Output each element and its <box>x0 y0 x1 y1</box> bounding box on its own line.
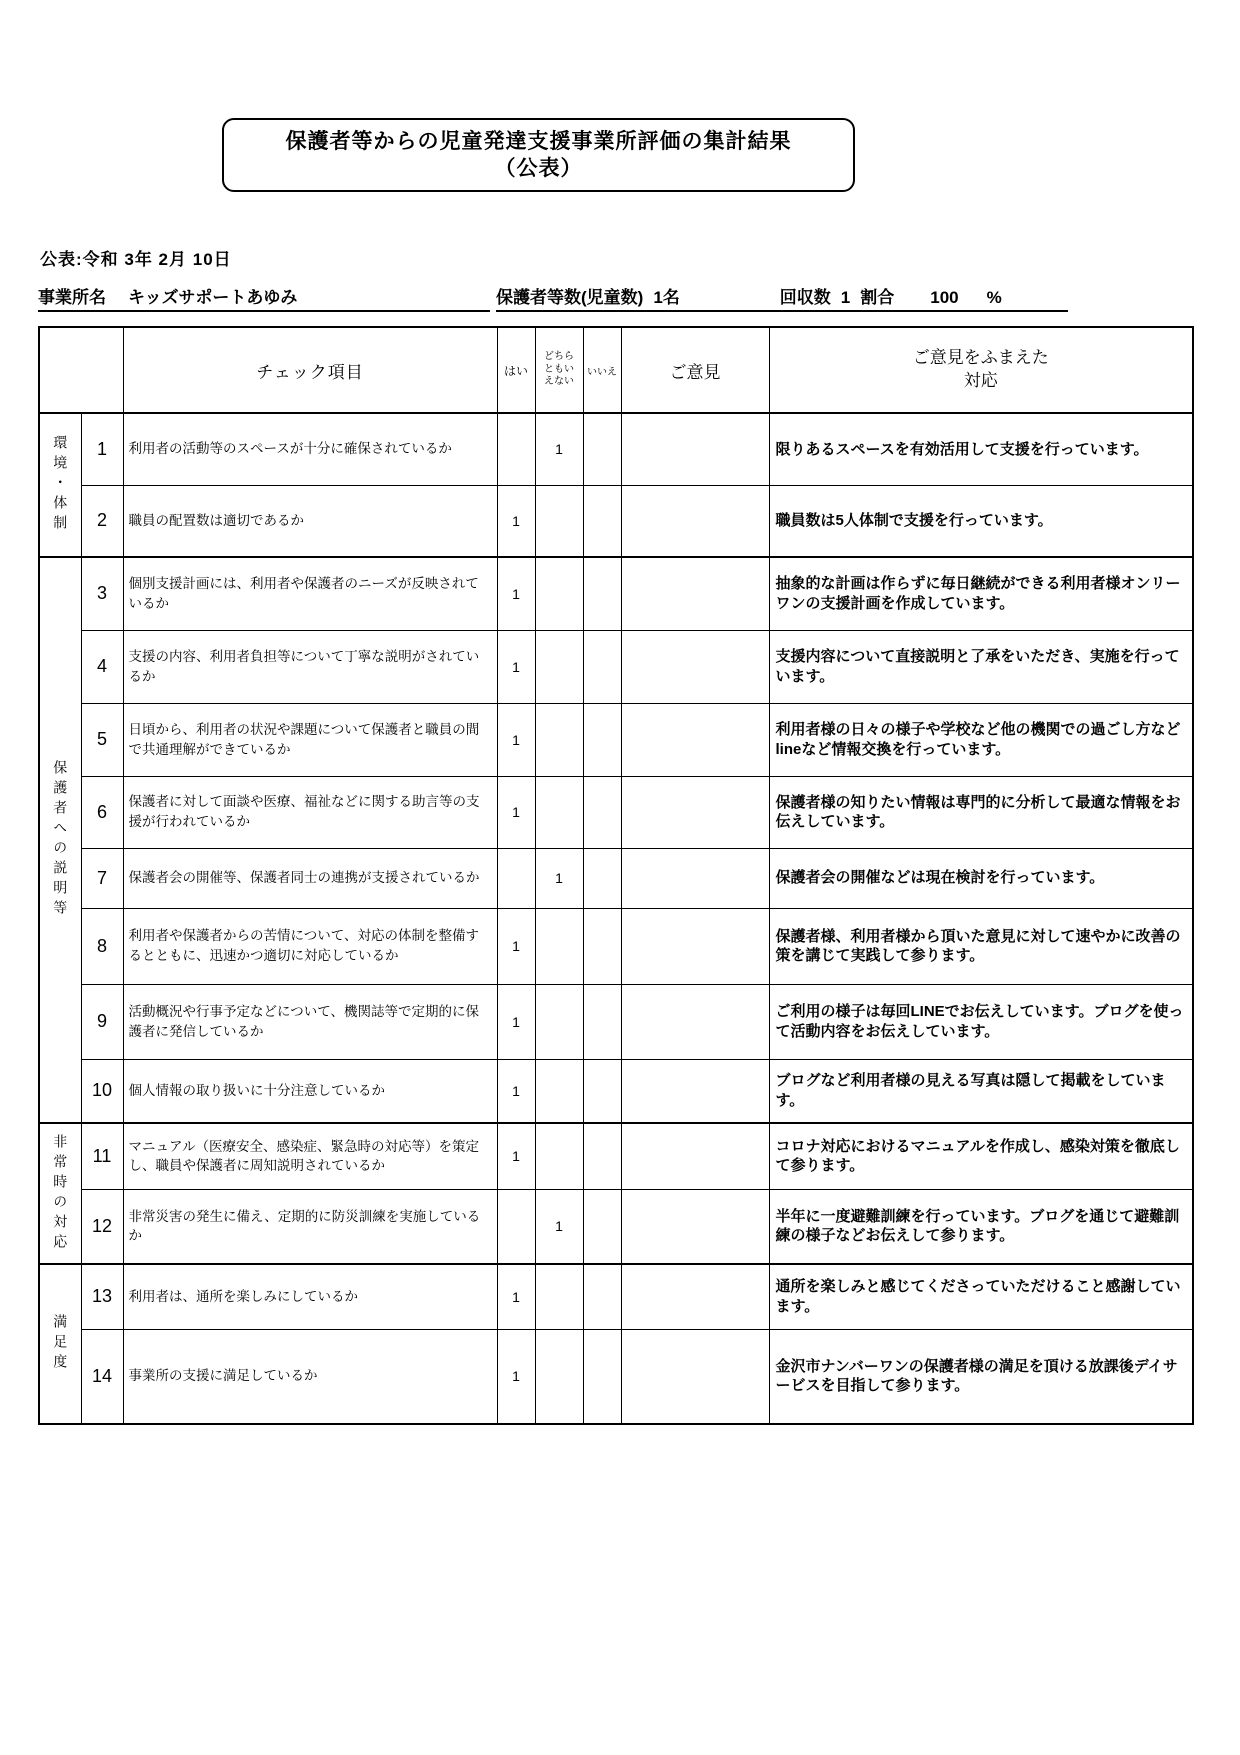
response-text: 保護者様、利用者様から頂いた意見に対して速やかに改善の策を講じて実践して参ります… <box>769 908 1193 984</box>
question-text: 利用者は、通所を楽しみにしているか <box>123 1264 497 1329</box>
answer-neutral <box>535 1059 583 1123</box>
office-name-label: 事業所名 <box>38 283 106 308</box>
opinion-cell <box>621 1329 769 1424</box>
response-text: 半年に一度避難訓練を行っています。ブログを通じて避難訓練の様子などお伝えして参り… <box>769 1189 1193 1264</box>
evaluation-table: チェック項目 はい どちら ともい えない いいえ ご意見 ご意見をふまえた 対… <box>38 326 1194 1425</box>
question-text: 保護者会の開催等、保護者同士の連携が支援されているか <box>123 848 497 908</box>
collected-value: 1 <box>841 288 850 308</box>
table-row: 4支援の内容、利用者負担等について丁寧な説明がされているか1支援内容について直接… <box>39 630 1193 703</box>
opinion-cell <box>621 848 769 908</box>
answer-no <box>583 776 621 848</box>
answer-yes <box>497 1189 535 1264</box>
opinion-cell <box>621 703 769 776</box>
answer-no <box>583 908 621 984</box>
header-check-item: チェック項目 <box>123 327 497 413</box>
answer-no <box>583 630 621 703</box>
answer-yes: 1 <box>497 908 535 984</box>
question-text: 支援の内容、利用者負担等について丁寧な説明がされているか <box>123 630 497 703</box>
opinion-cell <box>621 413 769 485</box>
row-number: 14 <box>81 1329 123 1424</box>
title-box: 保護者等からの児童発達支援事業所評価の集計結果 （公表） <box>222 118 855 192</box>
category-label: 非常時の対応 <box>39 1123 81 1264</box>
answer-no <box>583 848 621 908</box>
response-text: ブログなど利用者様の見える写真は隠して掲載をしています。 <box>769 1059 1193 1123</box>
question-text: 非常災害の発生に備え、定期的に防災訓練を実施しているか <box>123 1189 497 1264</box>
answer-neutral <box>535 1123 583 1189</box>
rate-label: 割合 <box>860 283 894 308</box>
table-row: 2職員の配置数は適切であるか1職員数は5人体制で支援を行っています。 <box>39 485 1193 557</box>
row-number: 5 <box>81 703 123 776</box>
opinion-cell <box>621 1123 769 1189</box>
question-text: 保護者に対して面談や医療、福祉などに関する助言等の支援が行われているか <box>123 776 497 848</box>
category-group: 環境・体制1利用者の活動等のスペースが十分に確保されているか1限りあるスペースを… <box>39 413 1193 557</box>
answer-neutral: 1 <box>535 413 583 485</box>
table-row: 6保護者に対して面談や医療、福祉などに関する助言等の支援が行われているか1保護者… <box>39 776 1193 848</box>
table-row: 環境・体制1利用者の活動等のスペースが十分に確保されているか1限りあるスペースを… <box>39 413 1193 485</box>
answer-no <box>583 557 621 630</box>
opinion-cell <box>621 984 769 1059</box>
answer-no <box>583 1189 621 1264</box>
category-label: 環境・体制 <box>39 413 81 557</box>
category-label: 満足度 <box>39 1264 81 1424</box>
guardians-value: 1名 <box>653 283 679 308</box>
row-number: 7 <box>81 848 123 908</box>
answer-yes: 1 <box>497 1264 535 1329</box>
answer-neutral <box>535 908 583 984</box>
opinion-cell <box>621 1189 769 1264</box>
rate-unit: % <box>987 288 1002 308</box>
opinion-cell <box>621 485 769 557</box>
answer-no <box>583 1264 621 1329</box>
response-text: 支援内容について直接説明と了承をいただき、実施を行っています。 <box>769 630 1193 703</box>
table-header: チェック項目 はい どちら ともい えない いいえ ご意見 ご意見をふまえた 対… <box>39 327 1193 413</box>
guardians-label: 保護者等数(児童数) <box>496 283 643 308</box>
header-blank-cell <box>39 327 123 413</box>
answer-neutral <box>535 1264 583 1329</box>
row-number: 13 <box>81 1264 123 1329</box>
answer-yes: 1 <box>497 1329 535 1424</box>
header-row: チェック項目 はい どちら ともい えない いいえ ご意見 ご意見をふまえた 対… <box>39 327 1193 413</box>
answer-yes: 1 <box>497 557 535 630</box>
answer-no <box>583 984 621 1059</box>
opinion-cell <box>621 630 769 703</box>
answer-neutral <box>535 984 583 1059</box>
question-text: マニュアル（医療安全、感染症、緊急時の対応等）を策定し、職員や保護者に周知説明さ… <box>123 1123 497 1189</box>
row-number: 3 <box>81 557 123 630</box>
office-name-value: キッズサポートあゆみ <box>128 283 297 308</box>
response-text: 限りあるスペースを有効活用して支援を行っています。 <box>769 413 1193 485</box>
category-group: 保護者への説明等3個別支援計画には、利用者や保護者のニーズが反映されているか1抽… <box>39 557 1193 1123</box>
response-text: 保護者様の知りたい情報は専門的に分析して最適な情報をお伝えしています。 <box>769 776 1193 848</box>
answer-yes: 1 <box>497 703 535 776</box>
row-number: 12 <box>81 1189 123 1264</box>
answer-no <box>583 485 621 557</box>
row-number: 8 <box>81 908 123 984</box>
header-yes: はい <box>497 327 535 413</box>
opinion-cell <box>621 908 769 984</box>
table-row: 9活動概況や行事予定などについて、機関誌等で定期的に保護者に発信しているか1ご利… <box>39 984 1193 1059</box>
answer-neutral: 1 <box>535 848 583 908</box>
answer-yes: 1 <box>497 776 535 848</box>
answer-neutral <box>535 776 583 848</box>
response-text: 利用者様の日々の様子や学校など他の機関での過ごし方などlineなど情報交換を行っ… <box>769 703 1193 776</box>
publish-date: 公表:令和 3年 2月 10日 <box>40 245 232 270</box>
category-group: 満足度13利用者は、通所を楽しみにしているか1通所を楽しみと感じてくださっていた… <box>39 1264 1193 1424</box>
question-text: 個人情報の取り扱いに十分注意しているか <box>123 1059 497 1123</box>
opinion-cell <box>621 557 769 630</box>
answer-neutral <box>535 703 583 776</box>
row-number: 11 <box>81 1123 123 1189</box>
answer-no <box>583 1329 621 1424</box>
response-text: 金沢市ナンバーワンの保護者様の満足を頂ける放課後デイサービスを目指して参ります。 <box>769 1329 1193 1424</box>
collected-label: 回収数 <box>780 283 831 308</box>
row-number: 4 <box>81 630 123 703</box>
answer-no <box>583 1059 621 1123</box>
opinion-cell <box>621 1264 769 1329</box>
answer-yes: 1 <box>497 630 535 703</box>
rate-value: 100 <box>930 288 958 308</box>
table-row: 非常時の対応11マニュアル（医療安全、感染症、緊急時の対応等）を策定し、職員や保… <box>39 1123 1193 1189</box>
row-number: 9 <box>81 984 123 1059</box>
answer-yes: 1 <box>497 1123 535 1189</box>
header-no: いいえ <box>583 327 621 413</box>
answer-neutral <box>535 557 583 630</box>
office-name-field: 事業所名キッズサポートあゆみ <box>38 283 490 312</box>
info-line: 事業所名キッズサポートあゆみ保護者等数(児童数)1名回収数1割合100% <box>38 283 1192 312</box>
answer-neutral <box>535 485 583 557</box>
table-row: 14事業所の支援に満足しているか1金沢市ナンバーワンの保護者様の満足を頂ける放課… <box>39 1329 1193 1424</box>
row-number: 1 <box>81 413 123 485</box>
table-row: 満足度13利用者は、通所を楽しみにしているか1通所を楽しみと感じてくださっていた… <box>39 1264 1193 1329</box>
response-text: コロナ対応におけるマニュアルを作成し、感染対策を徹底して参ります。 <box>769 1123 1193 1189</box>
opinion-cell <box>621 776 769 848</box>
answer-no <box>583 703 621 776</box>
answer-yes: 1 <box>497 984 535 1059</box>
table-row: 5日頃から、利用者の状況や課題について保護者と職員の間で共通理解ができているか1… <box>39 703 1193 776</box>
question-text: 個別支援計画には、利用者や保護者のニーズが反映されているか <box>123 557 497 630</box>
answer-neutral: 1 <box>535 1189 583 1264</box>
row-number: 6 <box>81 776 123 848</box>
response-text: 保護者会の開催などは現在検討を行っています。 <box>769 848 1193 908</box>
document-page: 保護者等からの児童発達支援事業所評価の集計結果 （公表） 公表:令和 3年 2月… <box>0 0 1240 1755</box>
row-number: 2 <box>81 485 123 557</box>
category-label: 保護者への説明等 <box>39 557 81 1123</box>
header-opinion: ご意見 <box>621 327 769 413</box>
answer-yes: 1 <box>497 485 535 557</box>
table-row: 10個人情報の取り扱いに十分注意しているか1ブログなど利用者様の見える写真は隠し… <box>39 1059 1193 1123</box>
table-row: 12非常災害の発生に備え、定期的に防災訓練を実施しているか1半年に一度避難訓練を… <box>39 1189 1193 1264</box>
question-text: 利用者の活動等のスペースが十分に確保されているか <box>123 413 497 485</box>
question-text: 事業所の支援に満足しているか <box>123 1329 497 1424</box>
header-response: ご意見をふまえた 対応 <box>769 327 1193 413</box>
table-row: 保護者への説明等3個別支援計画には、利用者や保護者のニーズが反映されているか1抽… <box>39 557 1193 630</box>
row-number: 10 <box>81 1059 123 1123</box>
answer-yes: 1 <box>497 1059 535 1123</box>
page-title: 保護者等からの児童発達支援事業所評価の集計結果 <box>286 128 792 155</box>
answer-no <box>583 1123 621 1189</box>
response-text: 抽象的な計画は作らずに毎日継続ができる利用者様オンリーワンの支援計画を作成してい… <box>769 557 1193 630</box>
category-group: 非常時の対応11マニュアル（医療安全、感染症、緊急時の対応等）を策定し、職員や保… <box>39 1123 1193 1264</box>
answer-yes <box>497 413 535 485</box>
answer-no <box>583 413 621 485</box>
table-row: 8利用者や保護者からの苦情について、対応の体制を整備するとともに、迅速かつ適切に… <box>39 908 1193 984</box>
question-text: 利用者や保護者からの苦情について、対応の体制を整備するとともに、迅速かつ適切に対… <box>123 908 497 984</box>
answer-neutral <box>535 630 583 703</box>
header-neutral: どちら ともい えない <box>535 327 583 413</box>
answer-neutral <box>535 1329 583 1424</box>
counts-field: 保護者等数(児童数)1名回収数1割合100% <box>496 283 1068 312</box>
response-text: 通所を楽しみと感じてくださっていただけること感謝しています。 <box>769 1264 1193 1329</box>
opinion-cell <box>621 1059 769 1123</box>
table-row: 7保護者会の開催等、保護者同士の連携が支援されているか1保護者会の開催などは現在… <box>39 848 1193 908</box>
answer-yes <box>497 848 535 908</box>
response-text: 職員数は5人体制で支援を行っています。 <box>769 485 1193 557</box>
response-text: ご利用の様子は毎回LINEでお伝えしています。ブログを使って活動内容をお伝えして… <box>769 984 1193 1059</box>
question-text: 活動概況や行事予定などについて、機関誌等で定期的に保護者に発信しているか <box>123 984 497 1059</box>
question-text: 日頃から、利用者の状況や課題について保護者と職員の間で共通理解ができているか <box>123 703 497 776</box>
page-subtitle: （公表） <box>495 155 583 182</box>
question-text: 職員の配置数は適切であるか <box>123 485 497 557</box>
